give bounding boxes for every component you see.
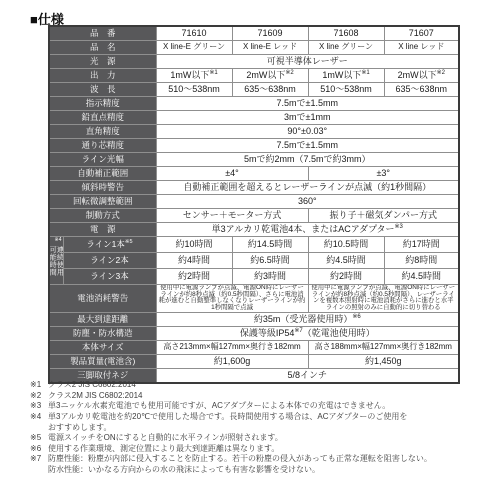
value-cell: 71607 [384,26,459,41]
label-cell: 電池消耗警告 [49,285,156,313]
value-cell: 3mで±1mm [156,111,459,125]
row-right-angle-accuracy: 直角精度 90°±0.03° [49,125,459,139]
row-wavelength: 波 長 510～538nm 635～638nm 510～538nm 635～63… [49,83,459,97]
value-cell: 自動補正範囲を超えるとレーザーラインが点滅（約1秒間隔） [156,181,459,195]
footnote-ref: ※4 [55,238,62,243]
value-cell: 可視半導体レーザー [156,55,459,69]
footnote: ※5電源スイッチをONにすると自動的に水平ラインが照射されます。 [30,433,478,444]
value-cell: X line レッド [384,41,459,55]
value-cell: 振り子＋磁気ダンパー方式 [308,209,459,223]
value-cell: 510～538nm [308,83,384,97]
row-hours-line3: ライン3本 約2時間 約3時間 約2時間 約4.5時間 [49,269,459,285]
value-cell: 71608 [308,26,384,41]
label-cell: 品 名 [49,41,156,55]
value-cell: 7.5mで±1.5mm [156,139,459,153]
footnote-ref: ※1 [209,70,217,76]
footnote-mark: ※4 [30,412,48,433]
value-cell: 約3時間 [232,269,308,285]
label-cell: 制動方式 [49,209,156,223]
value-cell: 約10.5時間 [308,237,384,253]
label-cell: 傾斜時警告 [49,181,156,195]
row-weight: 製品質量(電池含) 約1,600g 約1,450g [49,354,459,368]
label-cell: 波 長 [49,83,156,97]
row-line-width: ライン光幅 5mで約2mm（7.5mで約3mm） [49,153,459,167]
footnote: ※7防塵性能：粉塵が内部に侵入することを防止する。若干の粉塵の侵入があっても正常… [30,454,478,475]
row-plumb-accuracy: 鉛直点精度 3mで±1mm [49,111,459,125]
value-cell: 約6.5時間 [232,253,308,269]
value-cell: 約2時間 [156,269,232,285]
value-cell: 1mW以下※1 [156,69,232,83]
label-cell: 自動補正範囲 [49,167,156,181]
footnote-text: クラス2 JIS C6802:2014 [48,380,478,391]
row-auto-correction: 自動補正範囲 ±4° ±3° [49,167,459,181]
row-tilt-warning: 傾斜時警告 自動補正範囲を超えるとレーザーラインが点滅（約1秒間隔） [49,181,459,195]
footnote-mark: ※6 [30,444,48,455]
value-cell: 71610 [156,26,232,41]
label-cell: 品 番 [49,26,156,41]
value-cell: 約17時間 [384,237,459,253]
value-cell: 360° [156,195,459,209]
footnote-mark: ※5 [30,433,48,444]
value-cell: 高さ188mm×幅127mm×奥行き182mm [308,340,459,354]
label-cell: 本体サイズ [49,340,156,354]
row-product-no: 品 番 71610 71609 71608 71607 [49,26,459,41]
row-max-range: 最大到達距離 約35m（受光器使用時）※6 [49,312,459,326]
footnote-text: 単3アルカリ乾電池を約20℃で使用した場合です。長時間使用する場合は、ACアダプ… [48,412,478,433]
value-cell: 約2時間 [308,269,384,285]
footnote-ref: ※5 [125,239,133,245]
row-toorishin-accuracy: 通り芯精度 7.5mで±1.5mm [49,139,459,153]
value-cell: 90°±0.03° [156,125,459,139]
footnotes: ※1クラス2 JIS C6802:2014 ※2クラス2M JIS C6802:… [30,380,478,476]
row-braking: 制動方式 センサー＋モーター方式 振り子＋磁気ダンパー方式 [49,209,459,223]
label-cell: 製品質量(電池含) [49,354,156,368]
value-cell: 使用中に電源ランプが点滅、電源ON時にレーザーラインが約8秒点滅（約0.5秒間隔… [156,285,308,313]
footnote: ※6使用する作業環境、測定位置により最大到達距離は異なります。 [30,444,478,455]
value-cell: センサー＋モーター方式 [156,209,308,223]
footnote-text: 使用する作業環境、測定位置により最大到達距離は異なります。 [48,444,478,455]
value-cell: 2mW以下※2 [384,69,459,83]
label-cell: ライン光幅 [49,153,156,167]
row-product-name: 品 名 X line-E グリーン X line-E レッド X line グリ… [49,41,459,55]
label-cell: 通り芯精度 [49,139,156,153]
row-indication-accuracy: 指示精度 7.5mで±1.5mm [49,97,459,111]
footnote: ※4単3アルカリ乾電池を約20℃で使用した場合です。長時間使用する場合は、ACア… [30,412,478,433]
value-cell: 使用中に電源ランプが点滅、電源ON時にレーザーラインが約8秒点滅（約0.5秒間隔… [308,285,459,313]
row-light-source: 光 源 可視半導体レーザー [49,55,459,69]
value-cell: 2mW以下※2 [232,69,308,83]
row-rotation-adjust: 回転微調整範囲 360° [49,195,459,209]
value-cell: 約10時間 [156,237,232,253]
footnote-ref: ※2 [437,70,445,76]
value-cell: X line グリーン [308,41,384,55]
value-cell: 635～638nm [384,83,459,97]
value-cell: 約1,600g [156,354,308,368]
row-hours-line2: ライン2本 約4時間 約6.5時間 約4.5時間 約8時間 [49,253,459,269]
footnote: ※2クラス2M JIS C6802:2014 [30,391,478,402]
label-cell: 指示精度 [49,97,156,111]
row-output: 出 力 1mW以下※1 2mW以下※2 1mW以下※1 2mW以下※2 [49,69,459,83]
label-cell: 回転微調整範囲 [49,195,156,209]
footnote: ※3単3ニッケル水素充電池でも使用可能ですが、ACアダプターによる本体での充電は… [30,401,478,412]
label-cell: 防塵・防水構造 [49,326,156,340]
value-cell: ±4° [156,167,308,181]
footnote-ref: ※1 [361,70,369,76]
spec-table: 品 番 71610 71609 71608 71607 品 名 X line-E… [48,25,460,384]
footnote-text: クラス2M JIS C6802:2014 [48,391,478,402]
footnote-mark: ※2 [30,391,48,402]
value-cell: 約1,450g [308,354,459,368]
value-cell: 約4時間 [156,253,232,269]
footnote-text: 電源スイッチをONにすると自動的に水平ラインが照射されます。 [48,433,478,444]
label-cell: 光 源 [49,55,156,69]
continuous-use-label: ※4 連続使用可能時間 [49,237,63,285]
label-cell: 電 源 [49,223,156,237]
sub-label-cell: ライン2本 [63,253,156,269]
label-cell: 鉛直点精度 [49,111,156,125]
footnote: ※1クラス2 JIS C6802:2014 [30,380,478,391]
value-cell: 71609 [232,26,308,41]
value-cell: X line-E グリーン [156,41,232,55]
value-cell: 約35m（受光器使用時）※6 [156,312,459,326]
footnote-text: 単3ニッケル水素充電池でも使用可能ですが、ACアダプターによる本体での充電はでき… [48,401,478,412]
value-cell: ±3° [308,167,459,181]
footnote-text: 防塵性能：粉塵が内部に侵入することを防止する。若干の粉塵の侵入があっても正常な運… [48,454,478,475]
value-cell: 約8時間 [384,253,459,269]
value-cell: 510～538nm [156,83,232,97]
value-cell: 約14.5時間 [232,237,308,253]
row-body-size: 本体サイズ 高さ213mm×幅127mm×奥行き182mm 高さ188mm×幅1… [49,340,459,354]
row-power: 電 源 単3アルカリ乾電池4本、またはACアダプター※3 [49,223,459,237]
row-hours-line1: ※4 連続使用可能時間 ライン1本※5 約10時間 約14.5時間 約10.5時… [49,237,459,253]
row-battery-warning: 電池消耗警告 使用中に電源ランプが点滅、電源ON時にレーザーラインが約8秒点滅（… [49,285,459,313]
footnote-mark: ※3 [30,401,48,412]
value-cell: 5mで約2mm（7.5mで約3mm） [156,153,459,167]
sub-label-cell: ライン1本※5 [63,237,156,253]
footnote-mark: ※7 [30,454,48,475]
footnote-mark: ※1 [30,380,48,391]
value-cell: 高さ213mm×幅127mm×奥行き182mm [156,340,308,354]
value-cell: 約4.5時間 [308,253,384,269]
value-cell: X line-E レッド [232,41,308,55]
footnote-ref: ※6 [352,314,360,320]
value-cell: 単3アルカリ乾電池4本、またはACアダプター※3 [156,223,459,237]
value-cell: 1mW以下※1 [308,69,384,83]
value-cell: 約4.5時間 [384,269,459,285]
footnote-ref: ※2 [285,70,293,76]
sub-label-cell: ライン3本 [63,269,156,285]
label-cell: 最大到達距離 [49,312,156,326]
value-cell: 7.5mで±1.5mm [156,97,459,111]
footnote-ref: ※3 [395,224,403,230]
label-cell: 出 力 [49,69,156,83]
row-dust-water: 防塵・防水構造 保護等級IP54※7（乾電池使用時） [49,326,459,340]
spec-page: ■仕様 品 番 71610 71609 71608 71607 品 名 X li… [0,0,500,500]
footnote-ref: ※7 [294,328,302,334]
value-cell: 保護等級IP54※7（乾電池使用時） [156,326,459,340]
label-cell: 直角精度 [49,125,156,139]
value-cell: 635～638nm [232,83,308,97]
